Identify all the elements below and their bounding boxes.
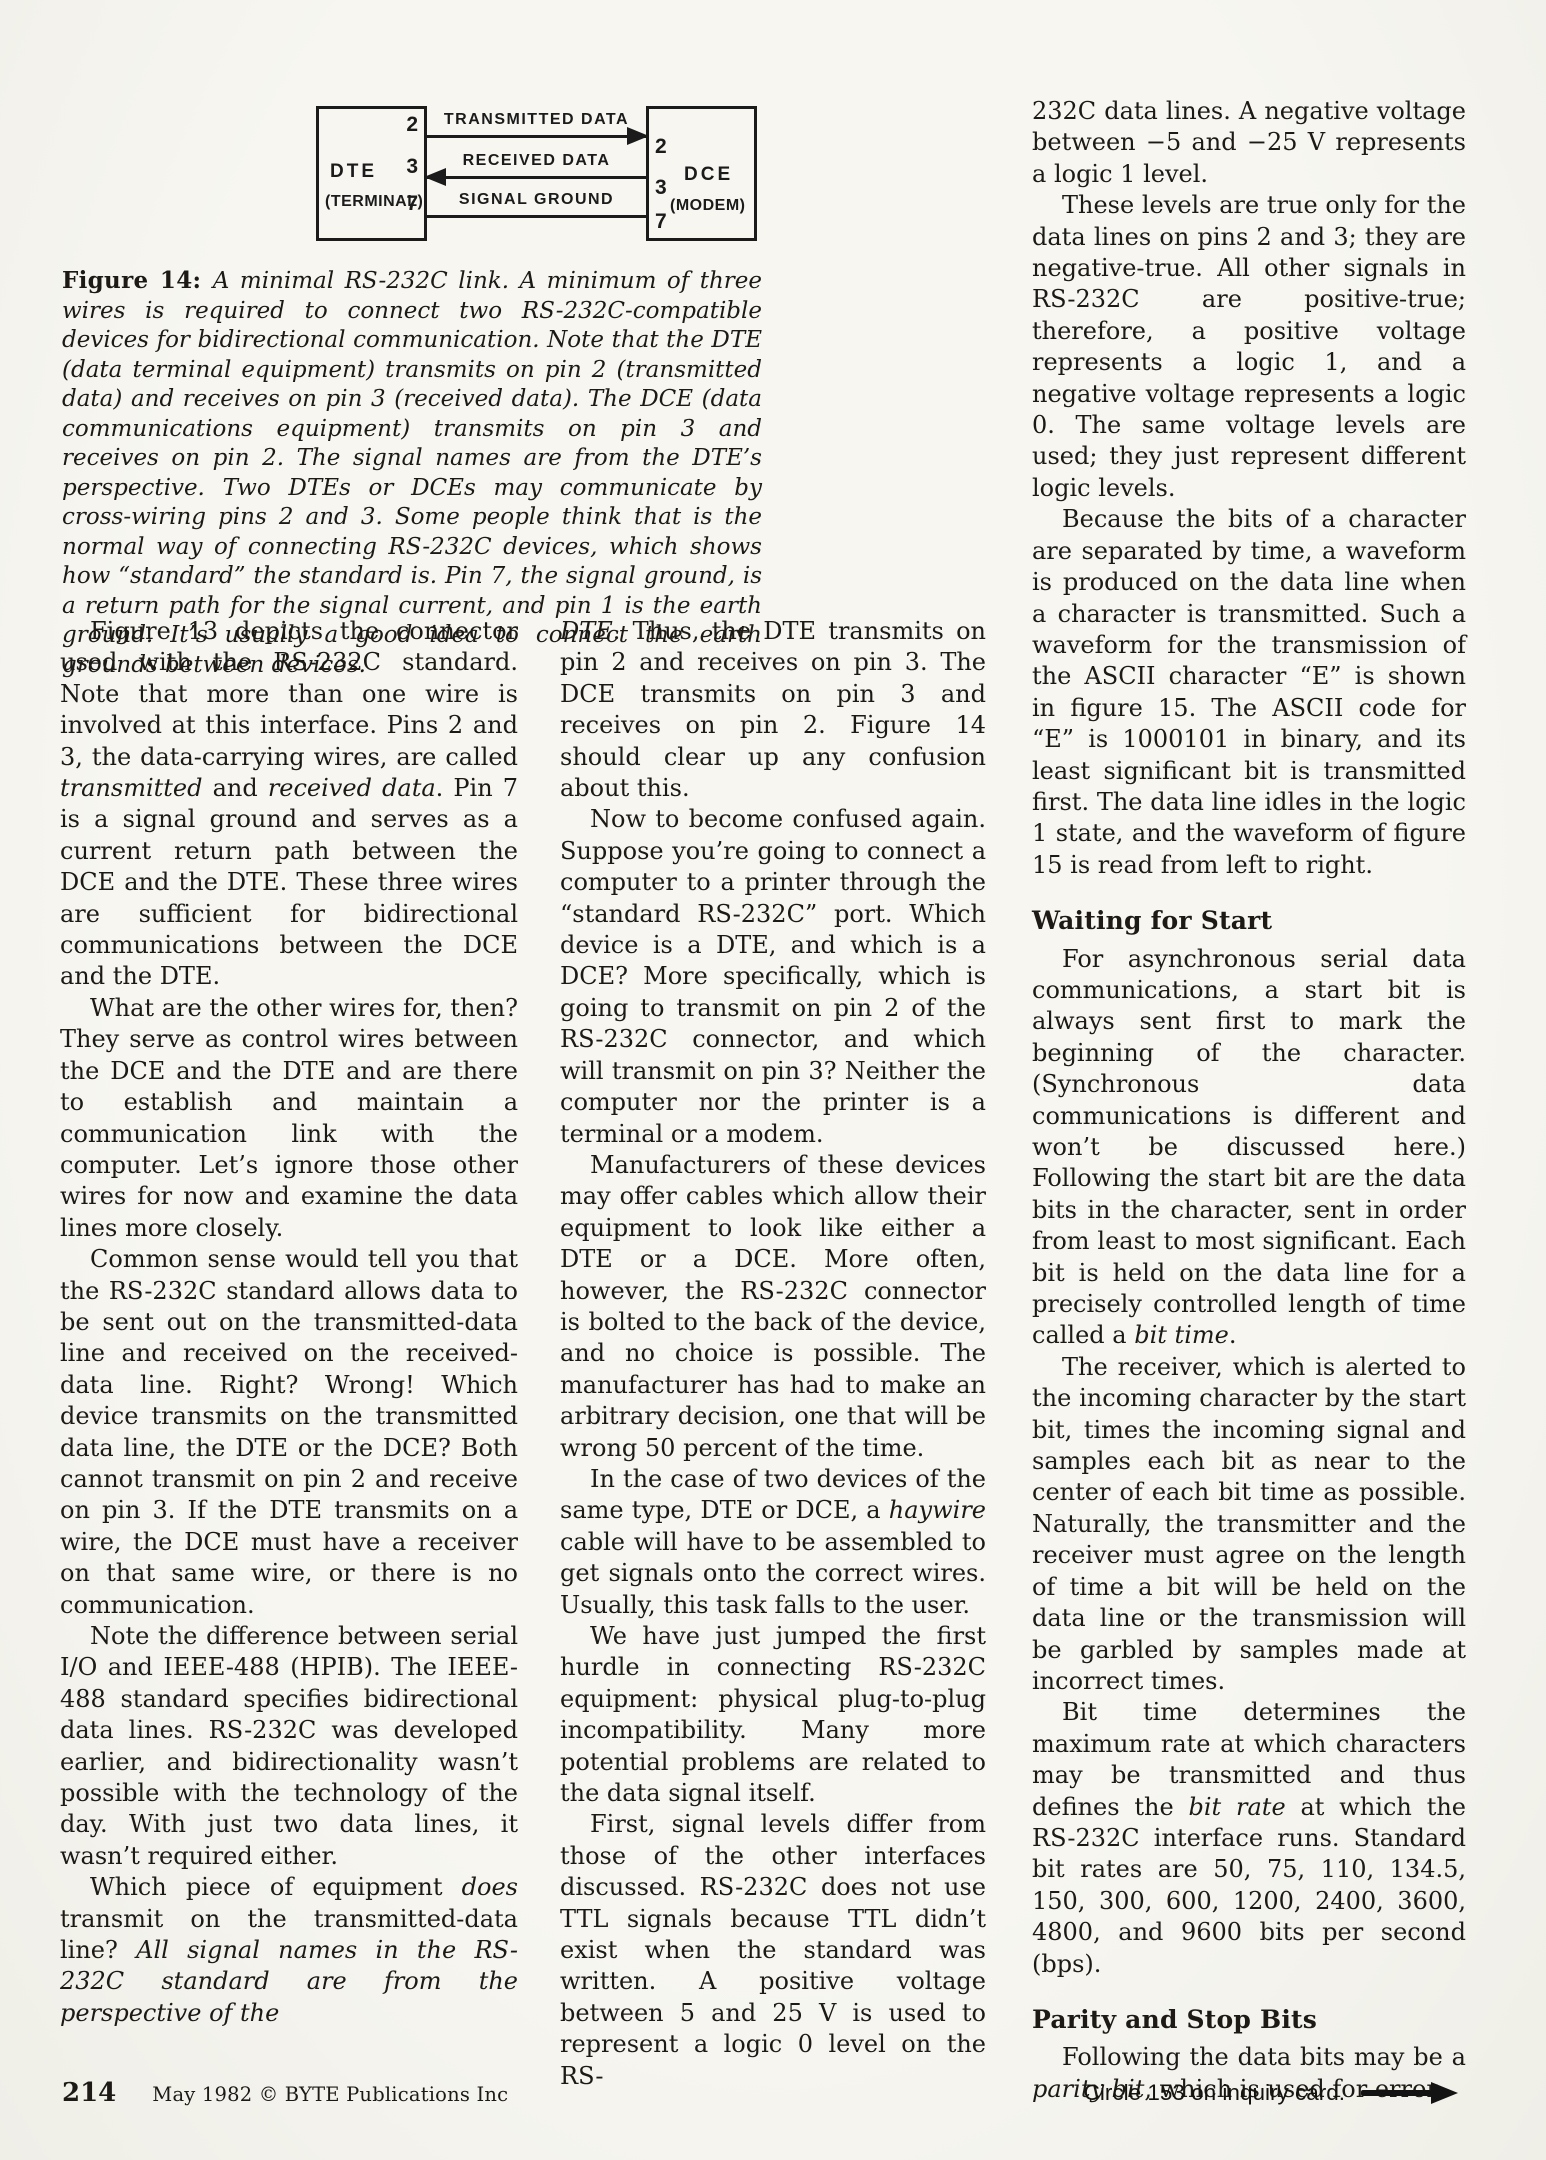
footer-right: Circle 153 on inquiry card.: [1084, 2080, 1458, 2106]
right-arrow-head-icon: [1431, 2082, 1458, 2104]
dce-label: DCE: [684, 164, 733, 186]
dte-label: DTE: [330, 161, 377, 183]
signal-ground-label: SIGNAL GROUND: [424, 191, 649, 209]
paragraph: Bit time determines the maximum rate at …: [1032, 1697, 1466, 1980]
dce-role-label: (MODEM): [670, 197, 745, 215]
paragraph: Manufacturers of these devices may offer…: [560, 1150, 986, 1464]
dte-box: DTE (TERMINAL) 2 3 7: [316, 106, 427, 241]
received-data-wire-arrow: [424, 176, 649, 179]
paragraph: Figure 13 depicts the connector used wit…: [60, 616, 518, 993]
paragraph: Which piece of equipment does transmit o…: [60, 1872, 518, 2029]
paragraph: DTE. Thus, the DTE transmits on pin 2 an…: [560, 616, 986, 804]
dce-box: DCE (MODEM) 2 3 7: [646, 106, 757, 241]
footer-left: 214 May 1982 © BYTE Publications Inc: [62, 2078, 508, 2108]
dce-pin-7: 7: [655, 210, 667, 234]
paragraph: Now to become confused again. Suppose yo…: [560, 804, 986, 1149]
column-2: DTE. Thus, the DTE transmits on pin 2 an…: [560, 616, 986, 2092]
right-arrow-icon: [1361, 2090, 1431, 2096]
dte-pin-7: 7: [406, 192, 418, 216]
inquiry-card-text: Circle 153 on inquiry card.: [1084, 2080, 1345, 2106]
paragraph: We have just jumped the first hurdle in …: [560, 1621, 986, 1809]
paragraph: 232C data lines. A negative voltage betw…: [1032, 96, 1466, 190]
dce-pin-2: 2: [655, 135, 667, 159]
paragraph: Because the bits of a character are sepa…: [1032, 504, 1466, 881]
paragraph: Note the difference between serial I/O a…: [60, 1621, 518, 1872]
paragraph: What are the other wires for, then? They…: [60, 993, 518, 1244]
dte-pin-2: 2: [406, 113, 418, 137]
column-1: Figure 13 depicts the connector used wit…: [60, 616, 518, 2029]
signal-ground-wire: [424, 215, 649, 218]
column-3: 232C data lines. A negative voltage betw…: [1032, 96, 1466, 2105]
paragraph: In the case of two devices of the same t…: [560, 1464, 986, 1621]
figure-14-diagram: DTE (TERMINAL) 2 3 7 TRANSMITTED DATA RE…: [316, 106, 757, 243]
received-data-label: RECEIVED DATA: [424, 152, 649, 170]
imprint-text: May 1982 © BYTE Publications Inc: [152, 2083, 508, 2106]
paragraph: For asynchronous serial data communicati…: [1032, 944, 1466, 1352]
paragraph: First, signal levels differ from those o…: [560, 1809, 986, 2092]
transmitted-data-wire-arrow: [424, 135, 649, 138]
magazine-page: DTE (TERMINAL) 2 3 7 TRANSMITTED DATA RE…: [0, 0, 1546, 2160]
section-heading: Parity and Stop Bits: [1032, 2004, 1466, 2035]
dte-pin-3: 3: [406, 155, 418, 179]
dce-pin-3: 3: [655, 176, 667, 200]
paragraph: The receiver, which is alerted to the in…: [1032, 1352, 1466, 1697]
paragraph: These levels are true only for the data …: [1032, 190, 1466, 504]
section-heading: Waiting for Start: [1032, 905, 1466, 936]
transmitted-data-label: TRANSMITTED DATA: [424, 111, 649, 129]
paragraph: Common sense would tell you that the RS-…: [60, 1244, 518, 1621]
page-number: 214: [62, 2078, 116, 2108]
